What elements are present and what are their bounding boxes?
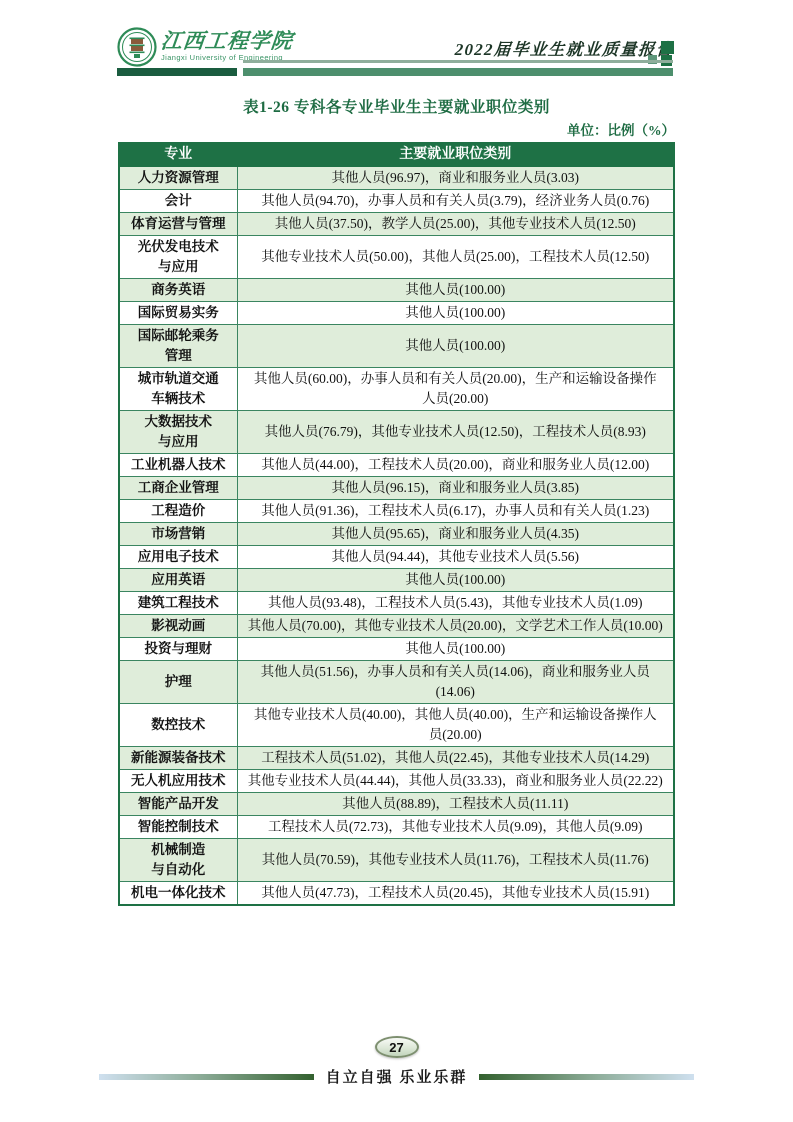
table-row: 体育运营与管理其他人员(37.50)，教学人员(25.00)，其他专业技术人员(… <box>119 213 674 236</box>
categories-cell: 其他人员(95.65)，商业和服务业人员(4.35) <box>237 523 674 546</box>
footer-bar-left <box>99 1074 314 1080</box>
major-cell: 无人机应用技术 <box>119 770 237 793</box>
table-row: 机械制造 与自动化其他人员(70.59)，其他专业技术人员(11.76)，工程技… <box>119 839 674 882</box>
table-row: 应用英语其他人员(100.00) <box>119 569 674 592</box>
major-cell: 应用英语 <box>119 569 237 592</box>
table-row: 影视动画其他人员(70.00)，其他专业技术人员(20.00)，文学艺术工作人员… <box>119 615 674 638</box>
categories-cell: 其他人员(76.79)，其他专业技术人员(12.50)，工程技术人员(8.93) <box>237 411 674 454</box>
categories-cell: 其他人员(100.00) <box>237 638 674 661</box>
table-row: 工业机器人技术其他人员(44.00)，工程技术人员(20.00)，商业和服务业人… <box>119 454 674 477</box>
table-row: 国际贸易实务其他人员(100.00) <box>119 302 674 325</box>
categories-cell: 其他人员(94.70)，办事人员和有关人员(3.79)，经济业务人员(0.76) <box>237 190 674 213</box>
categories-cell: 其他人员(70.00)，其他专业技术人员(20.00)，文学艺术工作人员(10.… <box>237 615 674 638</box>
header-rule-sage <box>243 68 673 76</box>
categories-cell: 其他人员(60.00)，办事人员和有关人员(20.00)，生产和运输设备操作人员… <box>237 368 674 411</box>
categories-cell: 其他专业技术人员(50.00)，其他人员(25.00)，工程技术人员(12.50… <box>237 236 674 279</box>
table-row: 智能产品开发其他人员(88.89)，工程技术人员(11.11) <box>119 793 674 816</box>
table-row: 光伏发电技术 与应用其他专业技术人员(50.00)，其他人员(25.00)，工程… <box>119 236 674 279</box>
table-row: 商务英语其他人员(100.00) <box>119 279 674 302</box>
major-cell: 数控技术 <box>119 704 237 747</box>
table-row: 工商企业管理其他人员(96.15)，商业和服务业人员(3.85) <box>119 477 674 500</box>
table-caption: 表1-26 专科各专业毕业生主要就业职位类别 <box>0 95 793 117</box>
categories-cell: 其他人员(93.48)，工程技术人员(5.43)，其他专业技术人员(1.09) <box>237 592 674 615</box>
categories-cell: 其他人员(91.36)，工程技术人员(6.17)，办事人员和有关人员(1.23) <box>237 500 674 523</box>
header-rule-dark <box>117 68 237 76</box>
major-cell: 应用电子技术 <box>119 546 237 569</box>
categories-cell: 其他人员(100.00) <box>237 325 674 368</box>
categories-cell: 其他专业技术人员(40.00)，其他人员(40.00)，生产和运输设备操作人员(… <box>237 704 674 747</box>
categories-cell: 其他人员(100.00) <box>237 302 674 325</box>
categories-cell: 其他人员(37.50)，教学人员(25.00)，其他专业技术人员(12.50) <box>237 213 674 236</box>
major-cell: 机械制造 与自动化 <box>119 839 237 882</box>
header-rule-thin <box>243 60 673 63</box>
report-page: 江西工程学院 Jiangxi University of Engineering… <box>0 0 793 1122</box>
table-row: 会计其他人员(94.70)，办事人员和有关人员(3.79)，经济业务人员(0.7… <box>119 190 674 213</box>
categories-cell: 其他人员(51.56)，办事人员和有关人员(14.06)，商业和服务业人员(14… <box>237 661 674 704</box>
categories-cell: 其他人员(47.73)，工程技术人员(20.45)，其他专业技术人员(15.91… <box>237 882 674 906</box>
table-row: 新能源装备技术工程技术人员(51.02)，其他人员(22.45)，其他专业技术人… <box>119 747 674 770</box>
major-cell: 智能控制技术 <box>119 816 237 839</box>
decor-square-top <box>661 41 674 54</box>
logo-name-cn: 江西工程学院 <box>160 29 295 53</box>
table-row: 城市轨道交通 车辆技术其他人员(60.00)，办事人员和有关人员(20.00)，… <box>119 368 674 411</box>
major-cell: 大数据技术 与应用 <box>119 411 237 454</box>
table-row: 国际邮轮乘务 管理其他人员(100.00) <box>119 325 674 368</box>
page-number-badge: 27 <box>375 1036 419 1058</box>
categories-cell: 工程技术人员(51.02)，其他人员(22.45)，其他专业技术人员(14.29… <box>237 747 674 770</box>
report-title: 2022届毕业生就业质量报告 <box>454 36 651 60</box>
column-header-major: 专业 <box>119 143 237 166</box>
table-row: 投资与理财其他人员(100.00) <box>119 638 674 661</box>
major-cell: 城市轨道交通 车辆技术 <box>119 368 237 411</box>
categories-cell: 工程技术人员(72.73)，其他专业技术人员(9.09)，其他人员(9.09) <box>237 816 674 839</box>
categories-cell: 其他人员(88.89)，工程技术人员(11.11) <box>237 793 674 816</box>
major-cell: 体育运营与管理 <box>119 213 237 236</box>
column-header-categories: 主要就业职位类别 <box>237 143 674 166</box>
major-cell: 人力资源管理 <box>119 166 237 190</box>
table-row: 护理其他人员(51.56)，办事人员和有关人员(14.06)，商业和服务业人员(… <box>119 661 674 704</box>
categories-cell: 其他人员(94.44)，其他专业技术人员(5.56) <box>237 546 674 569</box>
major-cell: 国际贸易实务 <box>119 302 237 325</box>
employment-positions-table: 专业 主要就业职位类别 人力资源管理其他人员(96.97)，商业和服务业人员(3… <box>118 142 675 906</box>
categories-cell: 其他专业技术人员(44.44)，其他人员(33.33)，商业和服务业人员(22.… <box>237 770 674 793</box>
unit-note: 单位：比例（%） <box>118 119 675 139</box>
university-seal-icon <box>117 27 157 67</box>
categories-cell: 其他人员(70.59)，其他专业技术人员(11.76)，工程技术人员(11.76… <box>237 839 674 882</box>
major-cell: 影视动画 <box>119 615 237 638</box>
categories-cell: 其他人员(96.15)，商业和服务业人员(3.85) <box>237 477 674 500</box>
table-header-row: 专业 主要就业职位类别 <box>119 143 674 166</box>
major-cell: 机电一体化技术 <box>119 882 237 906</box>
categories-cell: 其他人员(100.00) <box>237 279 674 302</box>
footer-motto: 自立自强 乐业乐群 <box>326 1066 468 1087</box>
table-row: 数控技术其他专业技术人员(40.00)，其他人员(40.00)，生产和运输设备操… <box>119 704 674 747</box>
categories-cell: 其他人员(100.00) <box>237 569 674 592</box>
major-cell: 护理 <box>119 661 237 704</box>
major-cell: 工商企业管理 <box>119 477 237 500</box>
major-cell: 建筑工程技术 <box>119 592 237 615</box>
table-row: 智能控制技术工程技术人员(72.73)，其他专业技术人员(9.09)，其他人员(… <box>119 816 674 839</box>
table-row: 建筑工程技术其他人员(93.48)，工程技术人员(5.43)，其他专业技术人员(… <box>119 592 674 615</box>
logo-text: 江西工程学院 Jiangxi University of Engineering <box>161 29 293 62</box>
major-cell: 智能产品开发 <box>119 793 237 816</box>
major-cell: 工业机器人技术 <box>119 454 237 477</box>
major-cell: 新能源装备技术 <box>119 747 237 770</box>
table-row: 大数据技术 与应用其他人员(76.79)，其他专业技术人员(12.50)，工程技… <box>119 411 674 454</box>
categories-cell: 其他人员(44.00)，工程技术人员(20.00)，商业和服务业人员(12.00… <box>237 454 674 477</box>
major-cell: 商务英语 <box>119 279 237 302</box>
table-row: 机电一体化技术其他人员(47.73)，工程技术人员(20.45)，其他专业技术人… <box>119 882 674 906</box>
table-row: 市场营销其他人员(95.65)，商业和服务业人员(4.35) <box>119 523 674 546</box>
major-cell: 投资与理财 <box>119 638 237 661</box>
major-cell: 工程造价 <box>119 500 237 523</box>
major-cell: 市场营销 <box>119 523 237 546</box>
table-row: 工程造价其他人员(91.36)，工程技术人员(6.17)，办事人员和有关人员(1… <box>119 500 674 523</box>
footer-bar-right <box>479 1074 694 1080</box>
table-row: 应用电子技术其他人员(94.44)，其他专业技术人员(5.56) <box>119 546 674 569</box>
major-cell: 光伏发电技术 与应用 <box>119 236 237 279</box>
major-cell: 会计 <box>119 190 237 213</box>
categories-cell: 其他人员(96.97)，商业和服务业人员(3.03) <box>237 166 674 190</box>
table-row: 人力资源管理其他人员(96.97)，商业和服务业人员(3.03) <box>119 166 674 190</box>
major-cell: 国际邮轮乘务 管理 <box>119 325 237 368</box>
table-row: 无人机应用技术其他专业技术人员(44.44)，其他人员(33.33)，商业和服务… <box>119 770 674 793</box>
footer-motto-row: 自立自强 乐业乐群 <box>0 1066 793 1087</box>
